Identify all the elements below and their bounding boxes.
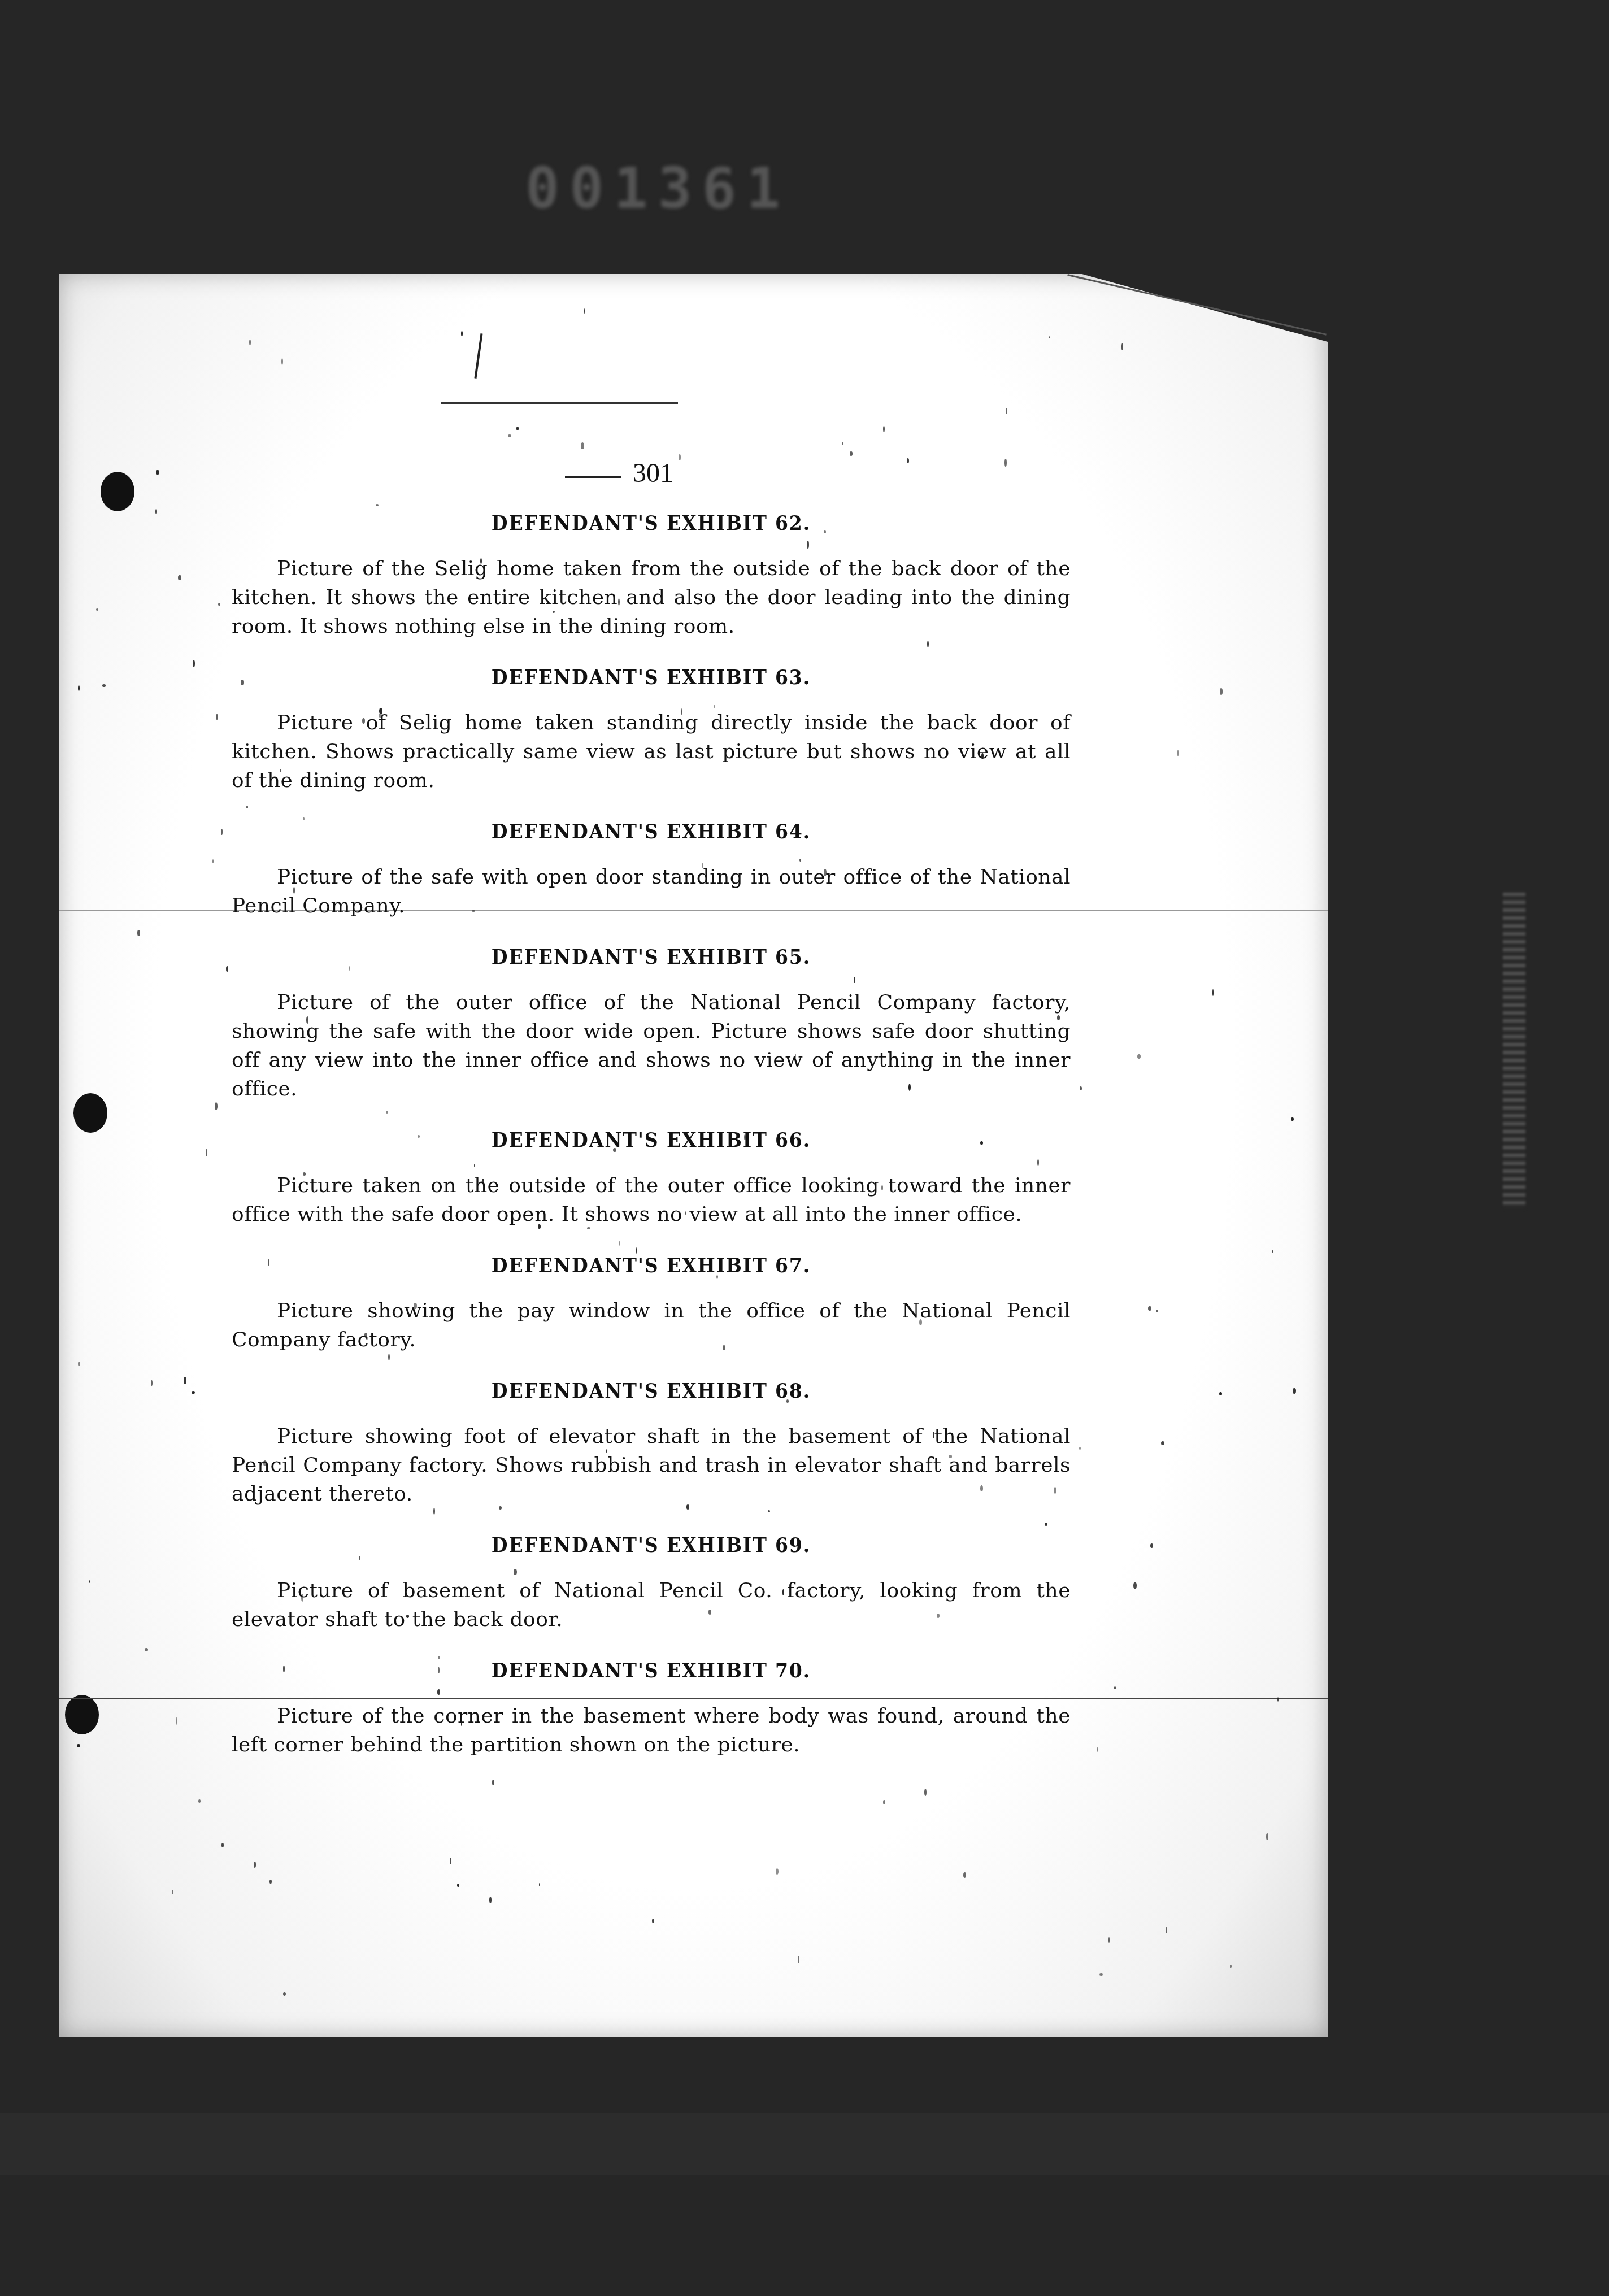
exhibit-heading: DEFENDANT'S EXHIBIT 62. [265,511,1037,535]
scan-speck [1004,459,1006,467]
scan-speck [301,1594,304,1601]
scan-speck [508,434,511,437]
scan-speck [807,541,808,548]
exhibit-67: DEFENDANT'S EXHIBIT 67. Picture showing … [232,1254,1071,1354]
scan-speck [1099,1973,1103,1976]
scan-speck [433,1508,435,1515]
scan-speck [782,1589,784,1595]
scan-speck [269,1880,271,1884]
scan-speck [1230,1965,1232,1968]
scan-speck [514,1569,517,1575]
exhibit-69: DEFENDANT'S EXHIBIT 69. Picture of basem… [232,1533,1071,1634]
scan-speck [907,458,909,463]
scan-speck [1006,408,1007,414]
scan-speck [1080,1086,1082,1090]
scan-speck [933,1432,934,1438]
scan-speck [263,1460,267,1467]
exhibit-heading: DEFENDANT'S EXHIBIT 63. [265,666,1037,689]
scan-speck [482,1179,484,1182]
exhibit-list: DEFENDANT'S EXHIBIT 62. Picture of the S… [232,511,1071,1784]
punch-hole-icon [73,1093,107,1133]
scan-speck [349,966,350,971]
scan-speck [102,684,106,686]
scan-speck [280,769,281,772]
scan-speck [283,1666,285,1672]
scan-speck [686,1504,690,1509]
exhibit-heading: DEFENDANT'S EXHIBIT 69. [265,1533,1037,1557]
scan-speck [218,603,220,606]
scan-speck [824,869,827,877]
scan-speck [303,817,304,820]
exhibit-63: DEFENDANT'S EXHIBIT 63. Picture of Selig… [232,666,1071,795]
scan-speck [1291,1117,1294,1121]
scan-speck [1161,1441,1164,1445]
scan-speck [472,910,475,912]
scan-speck [643,564,646,567]
ruled-line [441,402,678,404]
scan-speck [824,530,826,533]
scan-speck [920,598,921,601]
exhibit-heading: DEFENDANT'S EXHIBIT 64. [265,820,1037,843]
scan-speck [798,1956,799,1962]
exhibit-description: Picture of the outer office of the Natio… [232,988,1071,1103]
archive-stamp-number: 001361 [525,155,790,221]
scan-speck [172,1890,173,1894]
exhibit-description: Picture showing foot of elevator shaft i… [232,1422,1071,1508]
scan-speck [216,714,218,720]
scan-speck [414,1303,416,1309]
scan-speck [981,753,984,759]
scan-speck [387,1060,389,1066]
scan-speck [538,1224,540,1229]
page-number-dash [565,476,621,478]
scan-speck [379,708,382,714]
exhibit-heading: DEFENDANT'S EXHIBIT 66. [265,1128,1037,1152]
exhibit-description: Picture of basement of National Pencil C… [232,1576,1071,1634]
scan-speck [539,1883,540,1886]
exhibit-heading: DEFENDANT'S EXHIBIT 70. [265,1659,1037,1682]
exhibit-65: DEFENDANT'S EXHIBIT 65. Picture of the o… [232,945,1071,1103]
scan-speck [786,1399,789,1402]
scan-speck [77,1744,80,1747]
exhibit-description: Picture of the Selig home taken from the… [232,554,1071,641]
scan-speck [184,1377,186,1384]
scan-speck [249,340,251,345]
scan-speck [517,725,519,728]
exhibit-66: DEFENDANT'S EXHIBIT 66. Picture taken on… [232,1128,1071,1229]
scan-speck [254,1862,256,1867]
scan-speck [908,1084,911,1091]
scan-speck [1133,1582,1137,1589]
scan-backdrop-band [0,2113,1609,2175]
scan-speck [492,1780,494,1785]
scan-speck [457,1884,459,1887]
scan-speck [516,427,519,430]
scan-speck [581,442,584,449]
exhibit-heading: DEFENDANT'S EXHIBIT 65. [265,945,1037,969]
scan-speck [438,1667,440,1673]
scan-speck [924,1789,927,1796]
punch-hole-icon [65,1695,99,1734]
scan-speck [379,714,382,717]
scan-speck [927,641,929,647]
scan-speck [1156,1310,1158,1312]
scan-speck [450,1858,451,1864]
scan-speck [636,1247,637,1254]
scan-speck [850,451,852,455]
scan-speck [1079,1447,1081,1450]
scan-speck [215,1102,218,1110]
exhibit-64: DEFENDANT'S EXHIBIT 64. Picture of the s… [232,820,1071,920]
scan-speck [716,1275,718,1279]
scan-speck [281,358,283,365]
scan-speck [1219,1392,1222,1396]
scan-speck [406,1615,409,1617]
scan-speck [1293,1388,1296,1393]
scan-speck [795,1054,796,1058]
scan-speck [619,1241,620,1246]
scan-speck [178,575,181,581]
exhibit-description: Picture showing the pay window in the of… [232,1297,1071,1354]
exhibit-70: DEFENDANT'S EXHIBIT 70. Picture of the c… [232,1659,1071,1759]
exhibit-68: DEFENDANT'S EXHIBIT 68. Picture showing … [232,1379,1071,1508]
scan-speck [1277,1697,1279,1701]
scan-speck [1057,1015,1060,1020]
scan-speck [881,1185,883,1190]
scan-speck [364,1333,368,1338]
scan-speck [949,1455,952,1458]
exhibit-heading: DEFENDANT'S EXHIBIT 68. [265,1379,1037,1403]
exhibit-62: DEFENDANT'S EXHIBIT 62. Picture of the S… [232,511,1071,641]
scan-speck [192,1391,195,1394]
exhibit-description: Picture of the safe with open door stand… [232,863,1071,920]
exhibit-heading: DEFENDANT'S EXHIBIT 67. [265,1254,1037,1277]
scan-speck [980,1141,983,1144]
scan-speck [681,708,682,715]
scan-speck [1266,1833,1268,1840]
scan-speck [461,1722,462,1726]
scan-speck [246,806,248,809]
scan-speck [883,1800,885,1804]
scan-speck [1121,343,1123,350]
scan-speck [937,1614,940,1618]
scan-speck [615,749,617,754]
scan-speck [1148,1306,1151,1311]
scan-speck [685,1211,686,1215]
exhibit-description: Picture of Selig home taken standing dir… [232,708,1071,795]
exhibit-description: Picture taken on the outside of the oute… [232,1171,1071,1229]
scan-speck [241,680,243,686]
exhibit-description: Picture of the corner in the basement wh… [232,1702,1071,1759]
scan-speck [702,863,703,868]
scan-speck [78,685,80,691]
scan-speck [155,509,157,514]
scan-speck [198,1799,201,1803]
punch-hole-icon [101,472,134,511]
scan-artifact [1503,893,1525,1209]
page-number: 301 [633,458,673,489]
scan-speck [137,930,141,936]
scan-speck [799,859,801,862]
scan-speck [362,718,365,723]
